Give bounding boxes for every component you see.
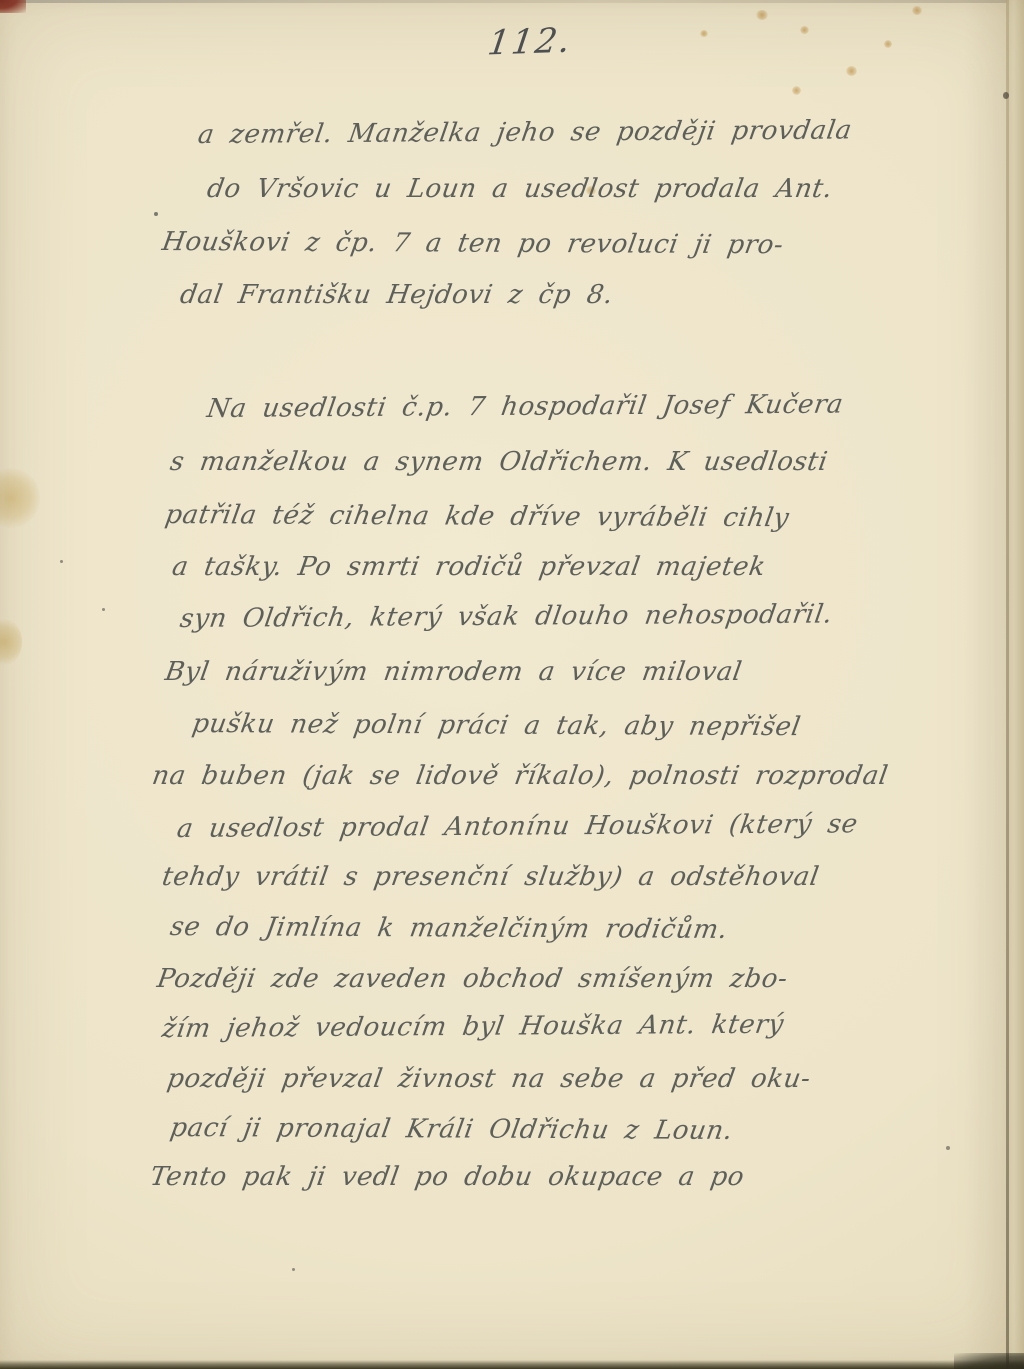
paper-stain (846, 66, 857, 76)
paper-stain (0, 468, 40, 528)
ink-speck (1003, 92, 1009, 99)
handwritten-line: Houškovi z čp. 7 a ten po revoluci ji pr… (160, 227, 786, 260)
ink-speck (292, 1268, 295, 1271)
handwritten-line: Později zde zaveden obchod smíšeným zbo- (155, 964, 790, 994)
handwritten-line: s manželkou a synem Oldřichem. K usedlos… (168, 447, 830, 477)
handwritten-line: žím jehož vedoucím byl Houška Ant. který (160, 1010, 786, 1044)
handwritten-line: tehdy vrátil s presenční služby) a odstě… (160, 862, 821, 892)
handwritten-line: a usedlost prodal Antonínu Houškovi (kte… (175, 809, 860, 844)
handwritten-line: Byl náruživým nimrodem a více miloval (163, 657, 744, 687)
handwritten-line: později převzal živnost na sebe a před o… (165, 1064, 813, 1094)
stray-pen-dot (154, 212, 158, 216)
paper-stain (884, 40, 892, 48)
scan-top-edge (0, 0, 1024, 3)
ink-speck (60, 560, 63, 563)
paper-stain (756, 10, 768, 20)
handwritten-line: a zemřel. Manželka jeho se později provd… (196, 115, 854, 150)
book-page-edge (1007, 0, 1024, 1369)
page-number: 112. (485, 20, 574, 63)
handwritten-line: na buben (jak se lidově říkalo), polnost… (150, 761, 890, 791)
handwritten-line: Tento pak ji vedl po dobu okupace a po (148, 1162, 747, 1192)
book-bottom-edge (0, 1360, 1024, 1369)
page-edge-line (1006, 0, 1009, 1369)
handwritten-line: pací ji pronajal Králi Oldřichu z Loun. (168, 1113, 735, 1146)
handwritten-line: se do Jimlína k manželčiným rodičům. (168, 912, 730, 945)
paper-stain (0, 618, 22, 666)
handwritten-line: syn Oldřich, který však dlouho nehospoda… (178, 599, 835, 634)
ink-speck (102, 608, 105, 611)
paper-stain (792, 86, 801, 95)
red-corner-mark (0, 0, 26, 13)
paper-stain (800, 26, 809, 34)
handwritten-line: patřila též cihelna kde dříve vyráběli c… (163, 500, 791, 533)
handwritten-line: pušku než polní práci a tak, aby nepřiše… (190, 709, 803, 742)
handwritten-line: dal Františku Hejdovi z čp 8. (178, 280, 615, 310)
ink-speck (946, 1146, 950, 1150)
scanned-manuscript-page: 112. a zemřel. Manželka jeho se později … (0, 0, 1024, 1369)
paper-stain (700, 30, 708, 37)
handwritten-line: Na usedlosti č.p. 7 hospodařil Josef Kuč… (205, 390, 845, 424)
dark-corner (954, 1353, 1024, 1369)
handwritten-line: do Vršovic u Loun a usedlost prodala Ant… (205, 174, 835, 204)
handwritten-line: a tašky. Po smrti rodičů převzal majetek (170, 552, 768, 582)
paper-stain (912, 6, 922, 15)
